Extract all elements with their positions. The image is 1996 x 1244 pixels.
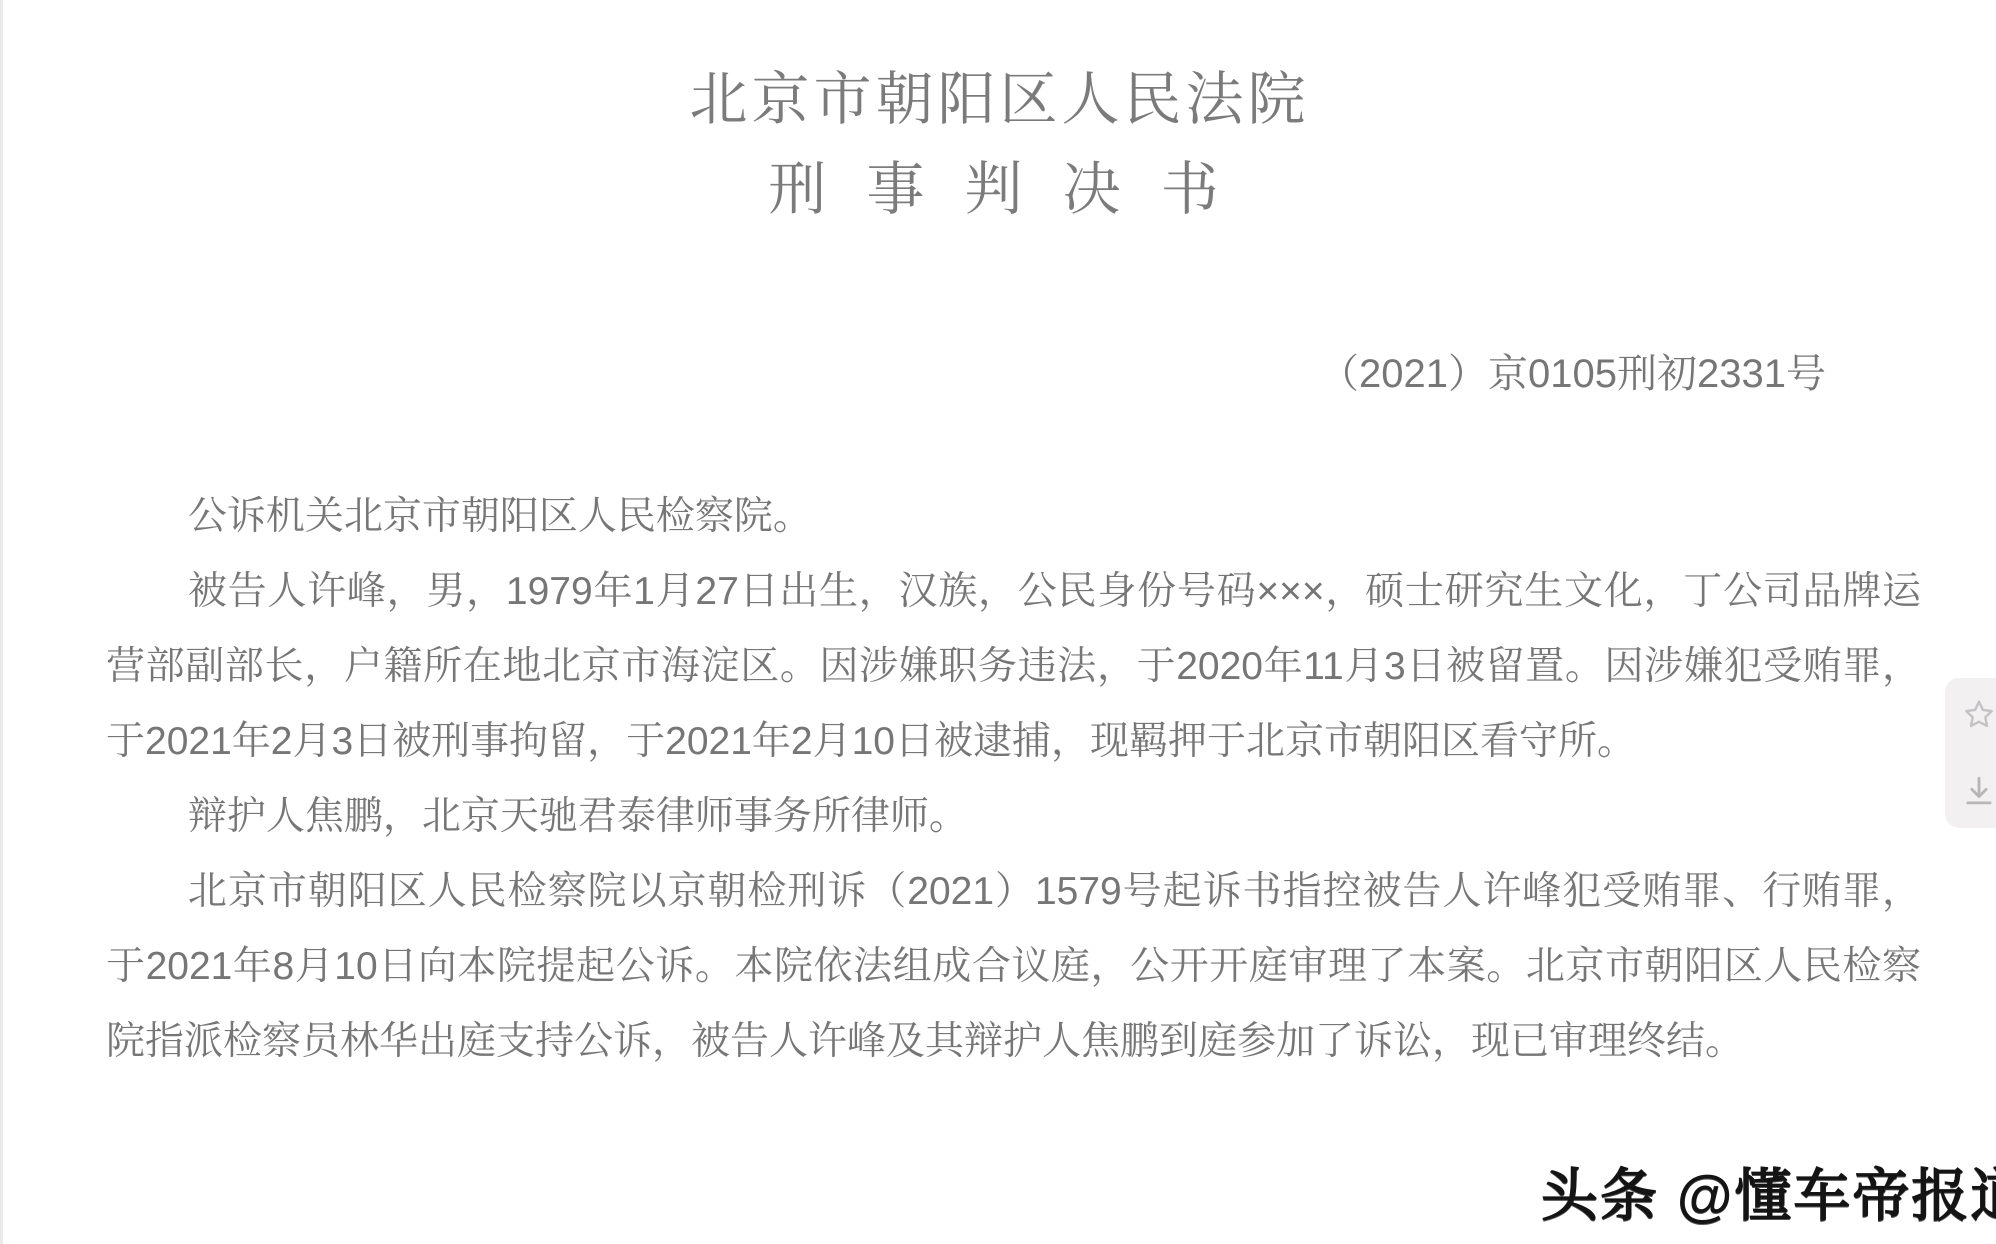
star-icon xyxy=(1961,697,1996,736)
download-button[interactable] xyxy=(1959,770,1996,814)
document-title: 刑 事 判 决 书 xyxy=(3,142,1996,226)
document-body: 公诉机关北京市朝阳区人民检察院。 被告人许峰，男，1979年1月27日出生，汉族… xyxy=(106,479,1921,1079)
paragraph-defendant-info: 被告人许峰，男，1979年1月27日出生，汉族，公民身份号码×××，硕士研究生文… xyxy=(106,554,1921,779)
paragraph-indictment-and-trial: 北京市朝阳区人民检察院以京朝检刑诉（2021）1579号起诉书指控被告人许峰犯受… xyxy=(106,854,1921,1079)
paragraph-prosecution-organ: 公诉机关北京市朝阳区人民检察院。 xyxy=(106,479,1921,554)
favorite-button[interactable] xyxy=(1959,694,1996,738)
judgment-document-page: 北京市朝阳区人民法院 刑 事 判 决 书 （2021）京0105刑初2331号 … xyxy=(0,0,1996,1244)
toutiao-watermark: 头条 @懂车帝报道 xyxy=(1541,1150,1996,1232)
case-number: （2021）京0105刑初2331号 xyxy=(1319,342,1826,399)
download-icon xyxy=(1960,772,1996,813)
paragraph-defense-counsel: 辩护人焦鹏，北京天驰君泰律师事务所律师。 xyxy=(106,779,1921,854)
floating-side-toolbar xyxy=(1945,678,1996,828)
court-name-heading: 北京市朝阳区人民法院 xyxy=(3,52,1996,136)
